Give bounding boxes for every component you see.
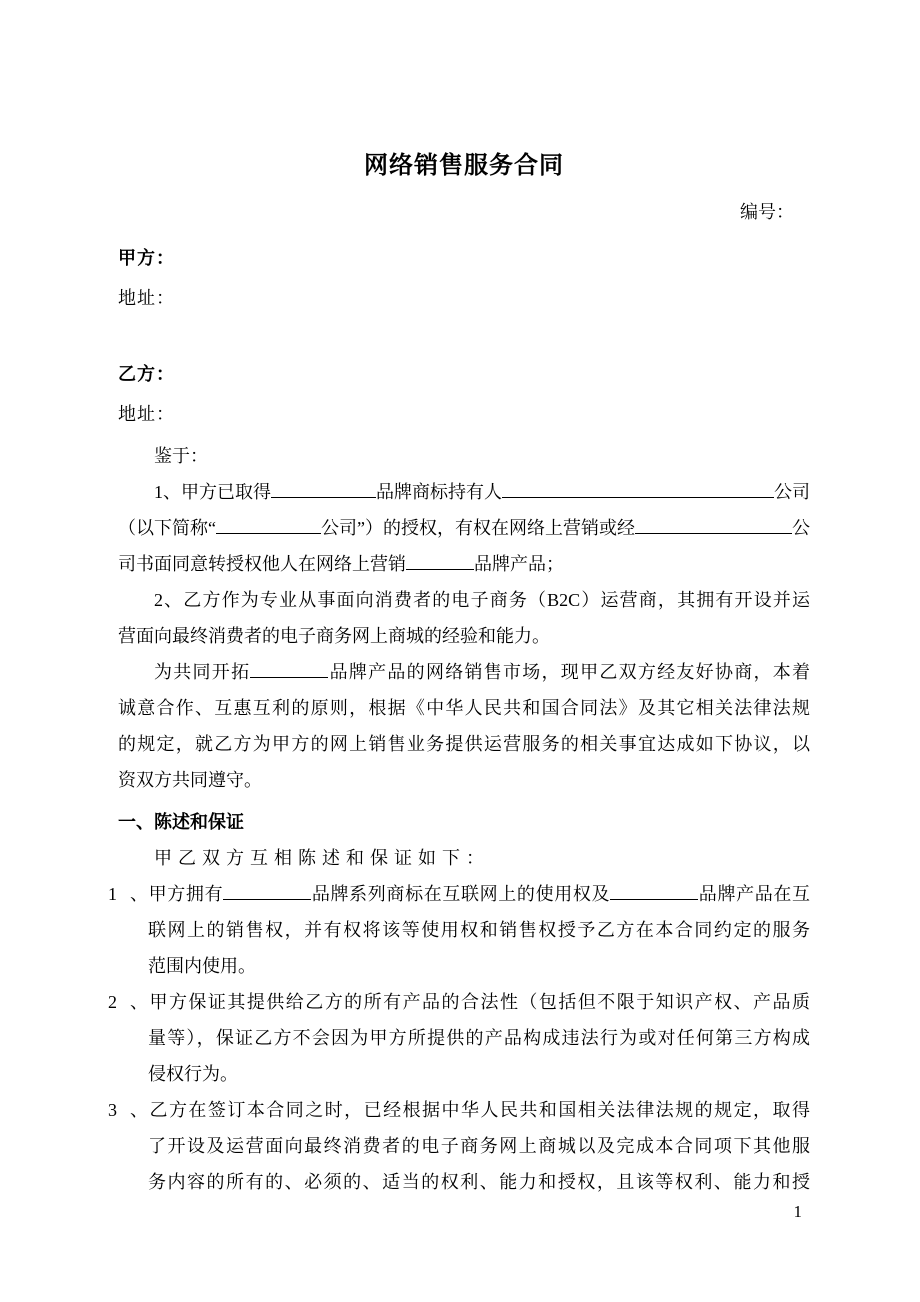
text-segment: 了开设及运营面向最终消费者的电子商务网上商城以及完成本合同项下其他服 bbox=[148, 1136, 810, 1156]
fill-in-blank-underline bbox=[502, 486, 774, 498]
text-segment: 务内容的所有的、必须的、适当的权利、能力和授权，且该等权利、能力和授 bbox=[148, 1172, 810, 1192]
text-segment: 为共同开拓 bbox=[154, 662, 250, 682]
text-segment: 资双方共同遵守。 bbox=[118, 770, 262, 790]
text-segment: 一、陈述和保证 bbox=[118, 812, 244, 832]
text-segment: 司书面同意转授权他人在网络上营销 bbox=[118, 554, 406, 574]
contract-text-line: （以下简称“公司”）的授权，有权在网络上营销或经公 bbox=[118, 510, 810, 546]
contract-text-line: 量等），保证乙方不会因为甲方所提供的产品构成违法行为或对任何第三方构成 bbox=[118, 1020, 810, 1056]
text-segment: 营面向最终消费者的电子商务网上商城的经验和能力。 bbox=[118, 626, 550, 646]
contract-text-line: 资双方共同遵守。 bbox=[118, 762, 810, 798]
contract-text-line: 3、乙方在签订本合同之时，已经根据中华人民共和国相关法律法规的规定，取得 bbox=[108, 1092, 810, 1128]
text-segment: 范围内使用。 bbox=[148, 956, 256, 976]
text-segment: 甲方拥有 bbox=[148, 884, 223, 904]
contract-text-line: 营面向最终消费者的电子商务网上商城的经验和能力。 bbox=[118, 618, 810, 654]
contract-body: 鉴于：1、甲方已取得品牌商标持有人公司（以下简称“公司”）的授权，有权在网络上营… bbox=[118, 438, 810, 1200]
text-segment: 量等），保证乙方不会因为甲方所提供的产品构成违法行为或对任何第三方构成 bbox=[148, 1028, 810, 1048]
page-content: 网络销售服务合同 编号： 甲方： 地址： 乙方： 地址： 鉴于：1、甲方已取得品… bbox=[0, 0, 920, 1200]
fill-in-blank-underline bbox=[406, 558, 474, 570]
text-segment: 公司 bbox=[774, 474, 810, 510]
contract-text-line: 侵权行为。 bbox=[118, 1056, 810, 1092]
text-segment: 甲方保证其提供给乙方的所有产品的合法性（包括但不限于知识产权、产品质 bbox=[148, 992, 810, 1012]
text-segment: 公 bbox=[792, 510, 810, 546]
text-segment: 2、乙方作为专业从事面向消费者的电子商务（B2C）运营商，其拥有开设并运 bbox=[154, 590, 810, 610]
doc-number-label: 编号： bbox=[740, 202, 794, 222]
text-segment: 品牌产品在互 bbox=[698, 884, 810, 904]
contract-text-line: 司书面同意转授权他人在网络上营销品牌产品； bbox=[118, 546, 810, 582]
text-segment: 公司”）的授权，有权在网络上营销或经 bbox=[321, 510, 635, 546]
fill-in-blank-underline bbox=[223, 888, 311, 900]
text-segment: 乙方在签订本合同之时，已经根据中华人民共和国相关法律法规的规定，取得 bbox=[148, 1100, 810, 1120]
list-item-marker: 1、 bbox=[108, 876, 148, 912]
text-segment: 品牌产品； bbox=[474, 554, 564, 574]
document-title: 网络销售服务合同 bbox=[118, 0, 810, 184]
page-number: 1 bbox=[794, 1202, 803, 1222]
contract-text-line: 1、甲方拥有品牌系列商标在互联网上的使用权及品牌产品在互 bbox=[108, 876, 810, 912]
text-segment: 品牌商标持有人 bbox=[376, 474, 502, 510]
contract-text-line: 2、乙方作为专业从事面向消费者的电子商务（B2C）运营商，其拥有开设并运 bbox=[118, 582, 810, 618]
text-segment: 1、甲方已取得 bbox=[154, 474, 271, 510]
text-segment: （以下简称“ bbox=[118, 510, 216, 546]
contract-text-line: 了开设及运营面向最终消费者的电子商务网上商城以及完成本合同项下其他服 bbox=[118, 1128, 810, 1164]
contract-text-line: 1、甲方已取得品牌商标持有人公司 bbox=[118, 474, 810, 510]
text-segment: 侵权行为。 bbox=[148, 1064, 238, 1084]
party-a-address-label: 地址： bbox=[118, 278, 810, 318]
contract-document-page: 网络销售服务合同 编号： 甲方： 地址： 乙方： 地址： 鉴于：1、甲方已取得品… bbox=[0, 0, 920, 1302]
fill-in-blank-underline bbox=[610, 888, 698, 900]
list-item-marker: 2、 bbox=[108, 984, 148, 1020]
text-segment: 的规定，就乙方为甲方的网上销售业务提供运营服务的相关事宜达成如下协议，以 bbox=[118, 734, 810, 754]
text-segment: 甲乙双方互相陈述和保证如下： bbox=[154, 848, 490, 868]
contract-text-line: 甲乙双方互相陈述和保证如下： bbox=[118, 840, 810, 876]
contract-text-line: 诚意合作、互惠互利的原则，根据《中华人民共和国合同法》及其它相关法律法规 bbox=[118, 690, 810, 726]
text-segment: 鉴于： bbox=[154, 446, 208, 466]
fill-in-blank-underline bbox=[635, 522, 792, 534]
party-b-label: 乙方： bbox=[118, 354, 810, 394]
contract-text-line: 一、陈述和保证 bbox=[118, 804, 810, 840]
contract-text-line: 鉴于： bbox=[118, 438, 810, 474]
blank-line-spacer bbox=[118, 318, 810, 354]
contract-text-line: 的规定，就乙方为甲方的网上销售业务提供运营服务的相关事宜达成如下协议，以 bbox=[118, 726, 810, 762]
text-segment: 品牌产品的网络销售市场，现甲乙双方经友好协商，本着 bbox=[328, 662, 810, 682]
party-a-label: 甲方： bbox=[118, 238, 810, 278]
text-segment: 诚意合作、互惠互利的原则，根据《中华人民共和国合同法》及其它相关法律法规 bbox=[118, 698, 810, 718]
list-item-marker: 3、 bbox=[108, 1092, 148, 1128]
text-segment: 品牌系列商标在互联网上的使用权及 bbox=[311, 884, 610, 904]
contract-text-line: 联网上的销售权，并有权将该等使用权和销售权授予乙方在本合同约定的服务 bbox=[118, 912, 810, 948]
contract-text-line: 范围内使用。 bbox=[118, 948, 810, 984]
contract-text-line: 2、甲方保证其提供给乙方的所有产品的合法性（包括但不限于知识产权、产品质 bbox=[108, 984, 810, 1020]
text-segment: 联网上的销售权，并有权将该等使用权和销售权授予乙方在本合同约定的服务 bbox=[148, 920, 810, 940]
fill-in-blank-underline bbox=[271, 486, 376, 498]
fill-in-blank-underline bbox=[216, 522, 321, 534]
contract-text-line: 为共同开拓品牌产品的网络销售市场，现甲乙双方经友好协商，本着 bbox=[118, 654, 810, 690]
doc-number-row: 编号： bbox=[118, 194, 810, 230]
party-b-address-label: 地址： bbox=[118, 394, 810, 434]
fill-in-blank-underline bbox=[250, 666, 328, 678]
contract-text-line: 务内容的所有的、必须的、适当的权利、能力和授权，且该等权利、能力和授 bbox=[118, 1164, 810, 1200]
